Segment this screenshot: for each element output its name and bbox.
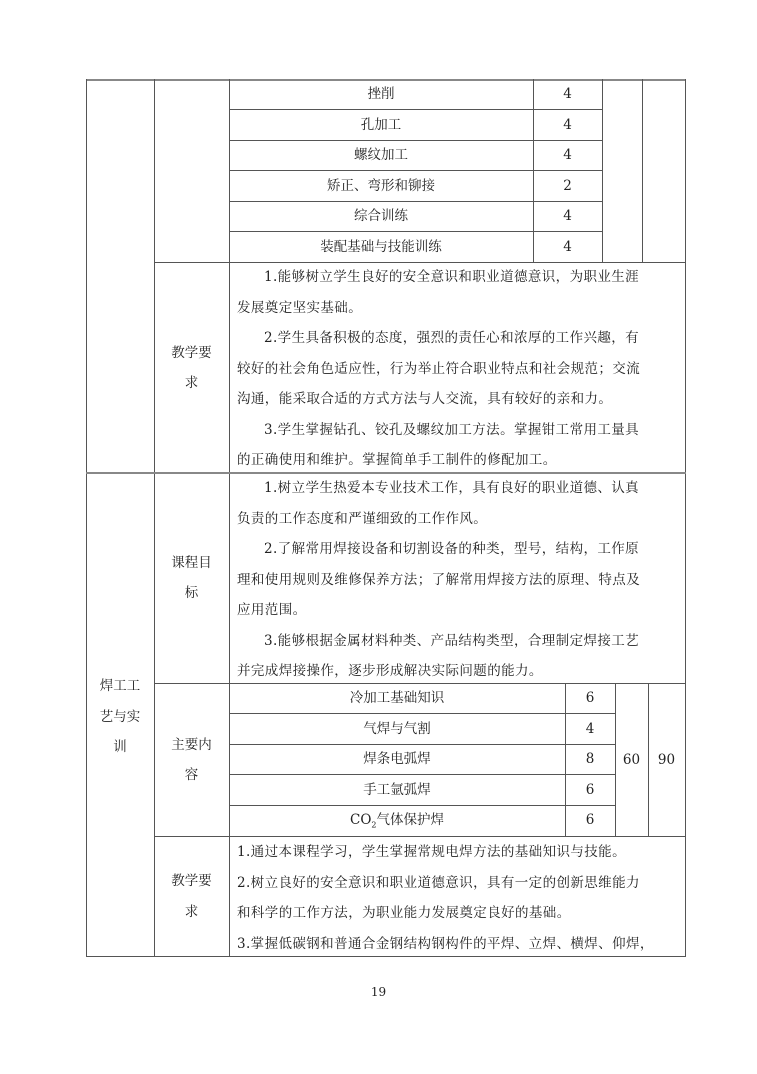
topic: 矫正、弯形和铆接 <box>229 171 533 201</box>
paragraph-line: 并完成焊接操作，逐步形成解决实际问题的能力。 <box>237 656 681 687</box>
teaching-req-text: 1.能够树立学生良好的安全意识和职业道德意识，为职业生涯 发展奠定坚实基础。 2… <box>237 262 681 476</box>
paragraph-line: 发展奠定坚实基础。 <box>237 293 681 324</box>
topic: 装配基础与技能训练 <box>229 232 533 262</box>
paragraph-line: 应用范围。 <box>237 595 681 626</box>
page-number: 19 <box>0 985 757 999</box>
hours: 4 <box>533 201 602 231</box>
paragraph-line: 的正确使用和维护。掌握简单手工制件的修配加工。 <box>237 445 681 476</box>
paragraph-line: 3.学生掌握钻孔、铰孔及螺纹加工方法。掌握钳工常用工量具 <box>237 415 681 446</box>
practice-hours: 60 <box>615 745 648 775</box>
hours: 4 <box>565 714 615 744</box>
topic: 挫削 <box>229 79 533 109</box>
col-divider <box>642 79 643 262</box>
topic-part: CO <box>350 812 371 828</box>
paragraph-line: 和科学的工作方法，为职业能力发展奠定良好的基础。 <box>237 898 685 929</box>
paragraph-line: 2.树立良好的安全意识和职业道德意识，具有一定的创新思维能力 <box>237 868 685 899</box>
course-goal-label: 标 <box>154 578 229 608</box>
paragraph-line: 1.树立学生热爱本专业技术工作，具有良好的职业道德、认真 <box>237 473 681 504</box>
total-hours: 90 <box>648 745 685 775</box>
paragraph-line: 1.通过本课程学习，学生掌握常规电焊方法的基础知识与技能。 <box>237 837 685 868</box>
teaching-req-label: 求 <box>154 368 229 398</box>
paragraph-line: 1.能够树立学生良好的安全意识和职业道德意识，为职业生涯 <box>237 262 681 293</box>
hours: 6 <box>565 683 615 713</box>
paragraph-line: 3.掌握低碳钢和普通合金钢结构钢构件的平焊、立焊、横焊、仰焊， <box>237 929 685 960</box>
hours: 6 <box>565 775 615 805</box>
topic: 冷加工基础知识 <box>229 683 565 713</box>
paragraph-line: 3.能够根据金属材料种类、产品结构类型，合理制定焊接工艺 <box>237 626 681 657</box>
topic: 气焊与气割 <box>229 714 565 744</box>
paragraph-line: 较好的社会角色适应性，行为举止符合职业特点和社会规范；交流 <box>237 354 681 385</box>
hours: 4 <box>533 140 602 170</box>
hours: 4 <box>533 79 602 109</box>
teaching-req-label: 教学要 <box>154 866 229 896</box>
col-divider <box>154 79 155 956</box>
course-name: 艺与实 <box>86 702 154 732</box>
topic: 手工氩弧焊 <box>229 775 565 805</box>
hours: 2 <box>533 171 602 201</box>
col-divider <box>602 79 603 262</box>
paragraph-line: 沟通，能采取合适的方式方法与人交流，具有较好的亲和力。 <box>237 384 681 415</box>
hours: 8 <box>565 744 615 774</box>
course-name: 焊工工 <box>86 671 154 701</box>
topic-part: 气体保护焊 <box>377 812 445 828</box>
paragraph-line: 2.学生具备积极的态度，强烈的责任心和浓厚的工作兴趣，有 <box>237 323 681 354</box>
topic: 孔加工 <box>229 110 533 140</box>
table-left-border <box>86 79 87 956</box>
hours: 4 <box>533 110 602 140</box>
teaching-req-text: 1.通过本课程学习，学生掌握常规电焊方法的基础知识与技能。 2.树立良好的安全意… <box>237 837 685 959</box>
course-goal-label: 课程目 <box>154 548 229 578</box>
course-goal-text: 1.树立学生热爱本专业技术工作，具有良好的职业道德、认真 负责的工作态度和严谨细… <box>237 473 681 687</box>
hours: 4 <box>533 232 602 262</box>
teaching-req-label: 教学要 <box>154 338 229 368</box>
topic: CO2气体保护焊 <box>229 805 565 841</box>
topic: 螺纹加工 <box>229 140 533 170</box>
table-right-border <box>685 79 686 956</box>
main-content-label: 容 <box>154 760 229 790</box>
hours: 6 <box>565 805 615 835</box>
main-content-label: 主要内 <box>154 730 229 760</box>
paragraph-line: 2.了解常用焊接设备和切割设备的种类，型号，结构，工作原 <box>237 534 681 565</box>
topic: 焊条电弧焊 <box>229 744 565 774</box>
paragraph-line: 负责的工作态度和严谨细致的工作作风。 <box>237 504 681 535</box>
course-name: 训 <box>86 732 154 762</box>
document-page: 挫削 4 孔加工 4 螺纹加工 4 矫正、弯形和铆接 2 综合训练 4 装配基础… <box>0 0 757 1074</box>
teaching-req-label: 求 <box>154 897 229 927</box>
topic: 综合训练 <box>229 201 533 231</box>
paragraph-line: 理和使用规则及维修保养方法；了解常用焊接方法的原理、特点及 <box>237 565 681 596</box>
